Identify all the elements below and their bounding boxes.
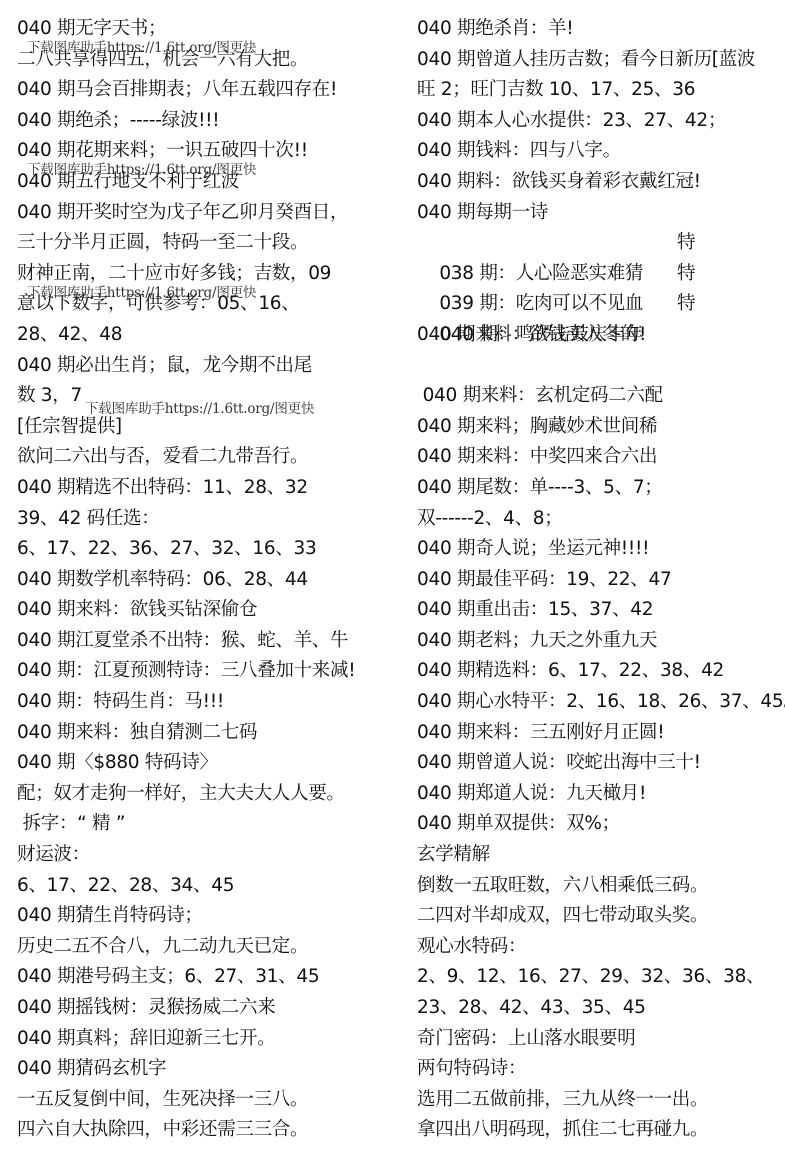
text-line: 040 期心水特平：2、16、18、26、37、45。 [417,687,785,718]
text-line: 040 期江夏堂杀不出特：猴、蛇、羊、牛 [17,626,402,657]
text-line: 040 期港号码主支；6、27、31、45 [17,962,402,993]
text-line: 040 期郑道人说：九天橄月! [417,779,785,810]
blank-line [417,351,785,382]
text-line: 040 期老料；九天之外重九天 [417,626,785,657]
text-line: 玄学精解 [417,840,785,871]
text-line: 040 期〈$880 特码诗〉 [17,748,402,779]
text-line: 拆字：“ 精 ” [17,809,402,840]
watermark: 下载图库助手https://1.6tt.org/图更快 [27,41,256,55]
text-line: 040 期必出生肖；鼠，龙今期不出尾 [17,351,402,382]
text-line: 040 期来料；胸藏妙术世间稀 [417,412,785,443]
text-line: 040 期真料；辞旧迎新三七开。 [17,1024,402,1055]
watermark: 下载图库助手https://1.6tt.org/图更快 [27,286,256,300]
text-line: 历史二五不合八，九二动九天已定。 [17,932,402,963]
watermark: 下载图库助手https://1.6tt.org/图更快 [27,163,256,177]
text-line: 三十分半月正圆，特码一至二十段。 [17,228,402,259]
text-line: 040 期钱料：四与八字。 [417,136,785,167]
text-line: 两句特码诗： [417,1054,785,1085]
text-line: 双------2、4、8； [417,504,785,535]
text-line: 040 期数学机率特码：06、28、44 [17,565,402,596]
text-line: 040 期：江夏预测特诗：三八叠加十来减! [17,656,402,687]
text-line: 040 期曾道人挂历吉数；看今日新历[蓝波 [417,45,785,76]
text-line: 23、28、42、43、35、45 [417,993,785,1024]
text-line: 6、17、22、36、27、32、16、33 [17,534,402,565]
text-line: 39、42 码任选： [17,504,402,535]
text-line: 奇门密码：上山落水眼要明 [417,1024,785,1055]
text-line: 一五反复倒中间，生死决择一三八。 [17,1085,402,1116]
poem-row: 038 期：人心险恶实难猜 特 [417,228,785,259]
text-line: 040 期每期一诗 [417,198,785,229]
text-line: 选用二五做前排，三九从终一一出。 [417,1085,785,1116]
text-line: 财运波： [17,840,402,871]
text-line: 040 期重出击：15、37、42 [417,595,785,626]
text-line: 二四对半却成双，四七带动取头奖。 [417,901,785,932]
text-line: 观心水特码： [417,932,785,963]
text-line: 配；奴才走狗一样好，主大夫大人人要。 [17,779,402,810]
left-column: 040 期无字天书； 二八共享得四五，机会一六有大把。 040 期马会百排期表；… [17,14,402,1146]
text-line: 040 期精选料：6、17、22、38、42 [417,656,785,687]
text-line: 040 期开奖时空为戊子年乙卯月癸酉日， [17,198,402,229]
text-line: 040 期摇钱树：灵猴扬威二六来 [17,993,402,1024]
poem-marker: 特 [677,259,695,290]
text-line: 040 期：特码生肖：马!!! [17,687,402,718]
text-line: 040 期来料：中奖四来合六出 [417,442,785,473]
text-line: 拿四出八明码现，抓住二七再碰九。 [417,1115,785,1146]
poem-line: 040 期：鸣锣击鼓庆丰年 [439,324,643,345]
text-line: 旺 2；旺门吉数 10、17、25、36 [417,75,785,106]
text-line: 040 期料：欲钱买身着彩衣戴红冠! [417,167,785,198]
text-line: 040 期曾道人说：咬蛇出海中三十! [417,748,785,779]
poem-row: 040 期：鸣锣击鼓庆丰年 特 [417,289,785,320]
text-line: 四六自大执除四，中彩还需三三合。 [17,1115,402,1146]
text-line: 6、17、22、28、34、45 [17,871,402,902]
text-line: 040 期本人心水提供：23、27、42； [417,106,785,137]
poem-marker: 特 [677,289,695,320]
text-line: 040 期马会百排期表；八年五载四存在! [17,75,402,106]
text-line: 040 期精选不出特码：11、28、32 [17,473,402,504]
text-line: 倒数一五取旺数，六八相乘低三码。 [417,871,785,902]
text-line: 040 期尾数：单----3、5、7； [417,473,785,504]
text-line: 28、42、48 [17,320,402,351]
text-line: 040 期单双提供：双%； [417,809,785,840]
text-line: 040 期来料：玄机定码二六配 [417,381,785,412]
right-column: 040 期绝杀肖：羊! 040 期曾道人挂历吉数；看今日新历[蓝波 旺 2；旺门… [417,14,785,1146]
text-line: 040 期奇人说；坐运元神!!!! [417,534,785,565]
text-line: 040 期绝杀；-----绿波!!! [17,106,402,137]
text-line: 040 期猜生肖特码诗； [17,901,402,932]
text-line: 040 期来料：欲钱买钻深偷仓 [17,595,402,626]
text-line: 040 期绝杀肖：羊! [417,14,785,45]
poem-row: 039 期：吃肉可以不见血 特 [417,259,785,290]
watermark: 下载图库助手https://1.6tt.org/图更快 [85,402,314,416]
text-line: 欲问二六出与否，爱看二九带吾行。 [17,442,402,473]
text-line: 040 期最佳平码：19、22、47 [417,565,785,596]
text-line: 2、9、12、16、27、29、32、36、38、 [417,962,785,993]
text-line: 040 期猜码玄机字 [17,1054,402,1085]
poem-marker: 特 [677,228,695,259]
text-line: 040 期来料：独自猜测二七码 [17,718,402,749]
text-line: 040 期来料：三五刚好月正圆! [417,718,785,749]
